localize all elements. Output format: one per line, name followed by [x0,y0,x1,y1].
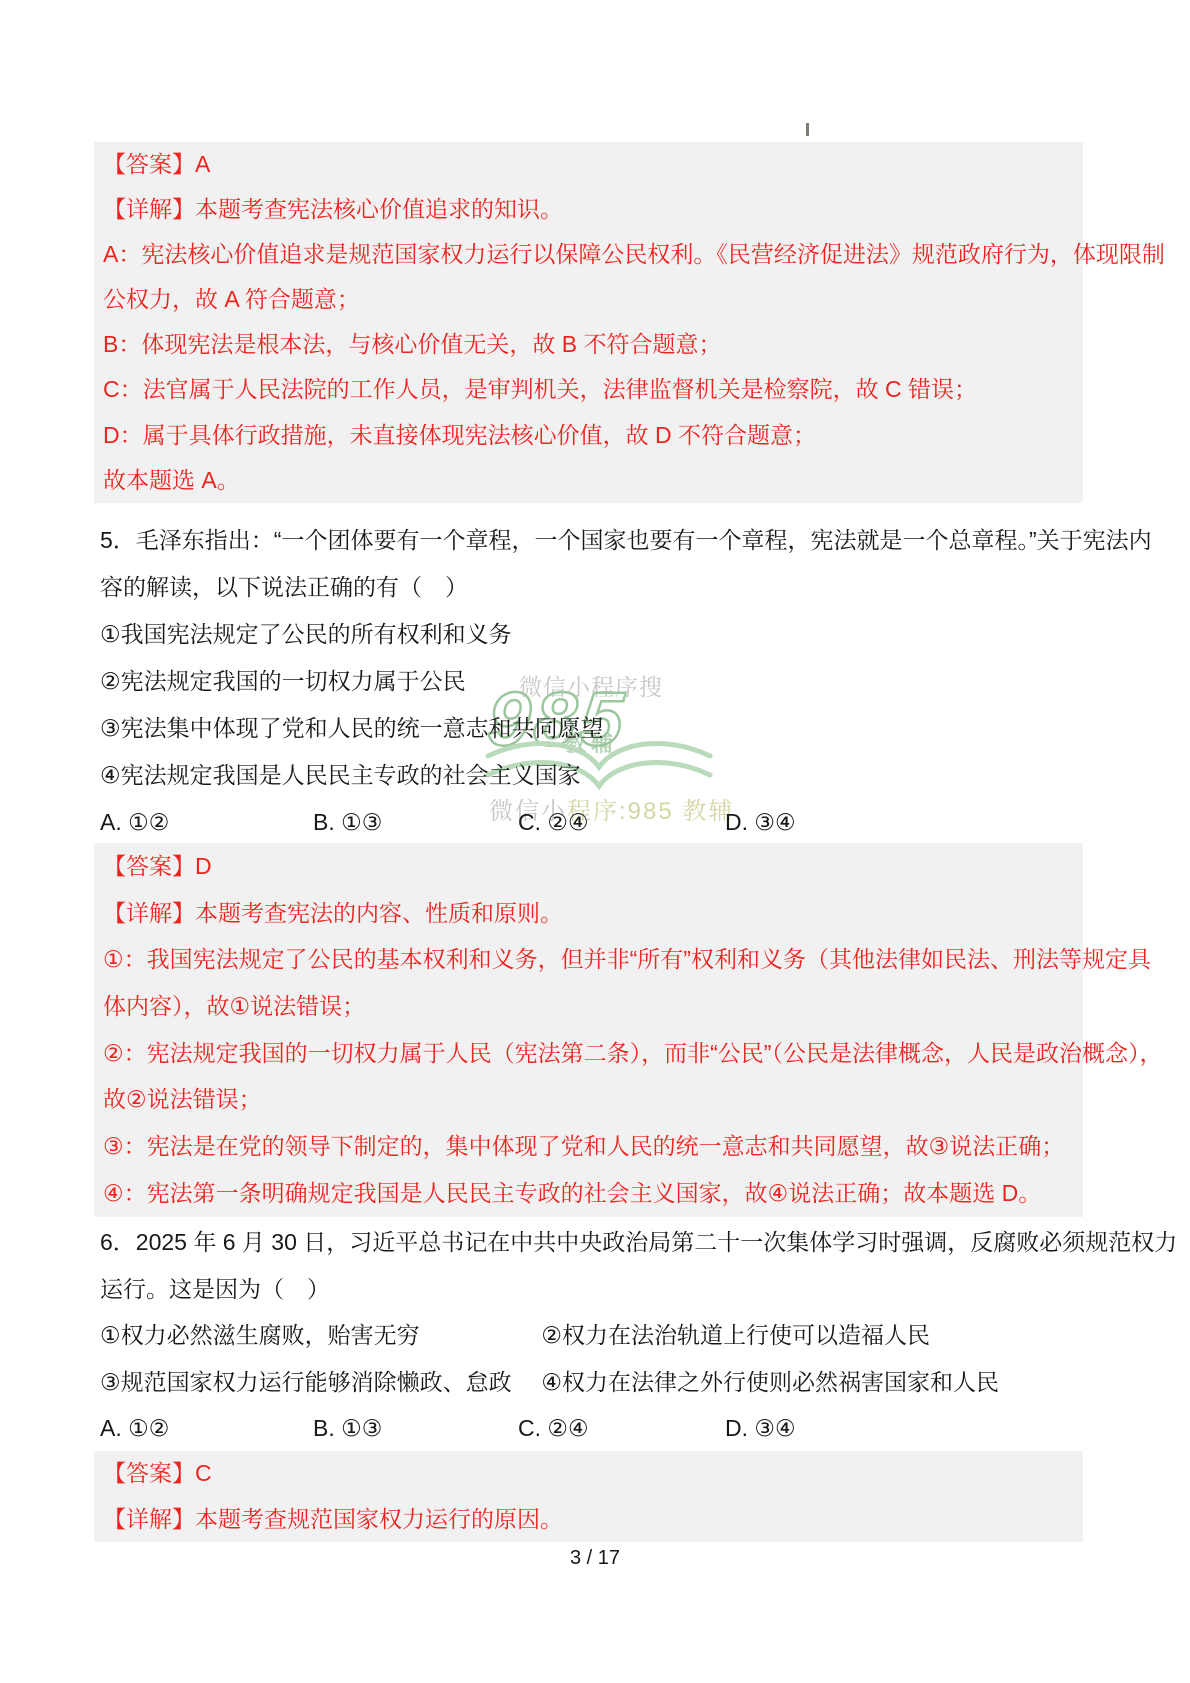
explanation-line: 【详解】本题考查宪法核心价值追求的知识。 [94,187,1083,232]
choice-row: A. ①② B. ①③ C. ②④ D. ③④ [100,1405,1090,1452]
answer-label-line: 【答案】A [94,142,1083,187]
choice-c: C. ②④ [518,1405,725,1452]
option-line-1: ①权力必然滋生腐败，贻害无穷 [100,1312,535,1359]
explanation-line: 公权力，故 A 符合题意； [94,277,1083,322]
option-line-3: ③宪法集中体现了党和人民的统一意志和共同愿望 [100,705,1090,752]
explanation-line: D：属于具体行政措施，未直接体现宪法核心价值，故 D 不符合题意； [94,413,1083,458]
choice-a: A. ①② [100,799,313,846]
explanation-line: B：体现宪法是根本法，与核心价值无关，故 B 不符合题意； [94,322,1083,367]
explanation-line: A：宪法核心价值追求是规范国家权力运行以保障公民权利。《民营经济促进法》规范政府… [94,232,1083,277]
choice-b: B. ①③ [313,799,518,846]
text-cursor-artifact [806,123,809,136]
question-stem-line: 运行。这是因为（ ） [100,1266,1090,1313]
option-line-1: ①我国宪法规定了公民的所有权利和义务 [100,611,1090,658]
option-line-2: ②权力在法治轨道上行使可以造福人民 [541,1322,930,1348]
explanation-line: ①：我国宪法规定了公民的基本权利和义务，但并非“所有”权利和义务（其他法律如民法… [94,936,1083,983]
option-row: ③规范国家权力运行能够消除懒政、怠政 ④权力在法律之外行使则必然祸害国家和人民 [100,1359,1090,1406]
question-stem-line: 容的解读，以下说法正确的有（ ） [100,564,1090,611]
question-stem-line: 5．毛泽东指出：“一个团体要有一个章程，一个国家也要有一个章程，宪法就是一个总章… [100,517,1090,564]
explanation-line: C：法官属于人民法院的工作人员，是审判机关，法律监督机关是检察院，故 C 错误； [94,367,1083,412]
explanation-line: 故本题选 A。 [94,458,1083,503]
explanation-line: 【详解】本题考查宪法的内容、性质和原则。 [94,890,1083,937]
question-stem-line: 6．2025 年 6 月 30 日，习近平总书记在中共中央政治局第二十一次集体学… [100,1219,1090,1266]
option-line-2: ②宪法规定我国的一切权力属于公民 [100,658,1090,705]
answer-block-q4: 【答案】A 【详解】本题考查宪法核心价值追求的知识。 A：宪法核心价值追求是规范… [94,142,1083,503]
option-row: ①权力必然滋生腐败，贻害无穷 ②权力在法治轨道上行使可以造福人民 [100,1312,1090,1359]
option-line-3: ③规范国家权力运行能够消除懒政、怠政 [100,1359,535,1406]
explanation-line: ③：宪法是在党的领导下制定的，集中体现了党和人民的统一意志和共同愿望，故③说法正… [94,1123,1083,1170]
explanation-line: ④：宪法第一条明确规定我国是人民民主专政的社会主义国家，故④说法正确；故本题选 … [94,1170,1083,1217]
answer-label-line: 【答案】D [94,843,1083,890]
choice-c: C. ②④ [518,799,725,846]
question-6: 6．2025 年 6 月 30 日，习近平总书记在中共中央政治局第二十一次集体学… [100,1219,1090,1452]
explanation-line: 【详解】本题考查规范国家权力运行的原因。 [94,1497,1083,1543]
answer-label-line: 【答案】C [94,1451,1083,1497]
page-number: 3 / 17 [0,1546,1190,1570]
choice-a: A. ①② [100,1405,313,1452]
answer-block-q6: 【答案】C 【详解】本题考查规范国家权力运行的原因。 [94,1451,1083,1542]
explanation-line: 故②说法错误； [94,1076,1083,1123]
answer-block-q5: 【答案】D 【详解】本题考查宪法的内容、性质和原则。 ①：我国宪法规定了公民的基… [94,843,1083,1217]
explanation-line: ②：宪法规定我国的一切权力属于人民（宪法第二条），而非“公民”（公民是法律概念，… [94,1030,1083,1077]
choice-b: B. ①③ [313,1405,518,1452]
choice-d: D. ③④ [725,799,796,846]
option-line-4: ④宪法规定我国是人民民主专政的社会主义国家 [100,752,1090,799]
choice-row: A. ①② B. ①③ C. ②④ D. ③④ [100,799,1090,846]
exam-document-page: 微信小程序搜 985 教辅 微信小程序:985 教辅 【答案】A 【详解】本题考… [0,0,1190,1683]
option-line-4: ④权力在法律之外行使则必然祸害国家和人民 [541,1369,999,1395]
choice-d: D. ③④ [725,1405,796,1452]
explanation-line: 体内容），故①说法错误； [94,983,1083,1030]
question-5: 5．毛泽东指出：“一个团体要有一个章程，一个国家也要有一个章程，宪法就是一个总章… [100,517,1090,846]
